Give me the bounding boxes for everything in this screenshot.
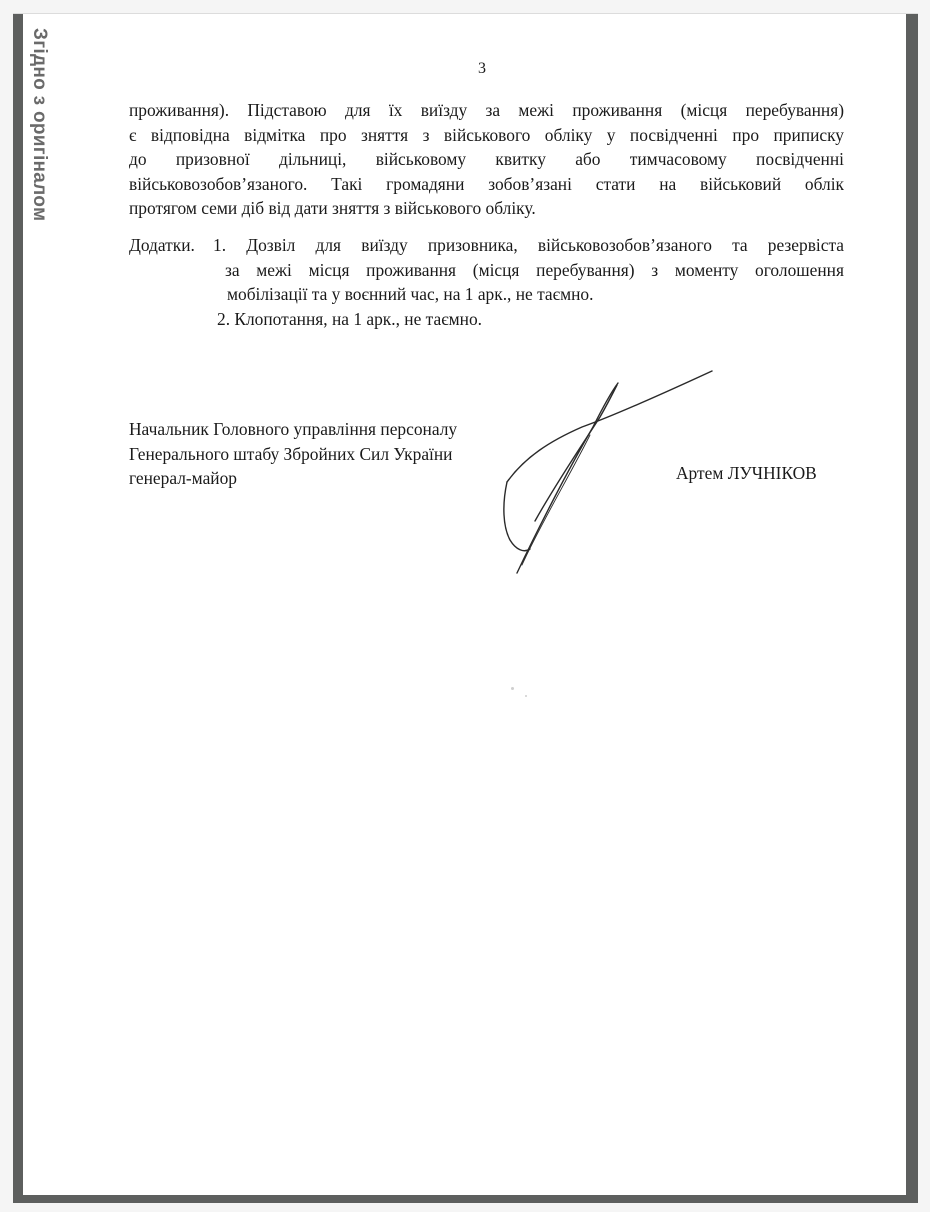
signatory-title-line: Начальник Головного управління персоналу <box>129 417 457 442</box>
page-border-left <box>13 14 23 1203</box>
body-paragraph: проживання). Підставою для їх виїзду за … <box>129 98 844 221</box>
scan-speck <box>511 687 514 690</box>
page-border-bottom <box>13 1195 918 1203</box>
paragraph-line: є відповідна відмітка про зняття з війсь… <box>129 123 844 148</box>
page-border-right <box>906 14 918 1203</box>
paragraph-line: до призовної дільниці, військовому квитк… <box>129 147 844 172</box>
certified-copy-stamp: Згідно з оригіналом <box>28 28 50 258</box>
signatory-title: Начальник Головного управління персоналу… <box>129 417 457 491</box>
signer-name: Артем ЛУЧНІКОВ <box>676 463 817 484</box>
attachments-label: Додатки. <box>129 233 195 258</box>
page-number: 3 <box>478 60 486 78</box>
scan-speck <box>525 695 527 697</box>
paragraph-line: протягом семи діб від дати зняття з війс… <box>129 196 844 221</box>
signatory-title-line: Генерального штабу Збройних Сил України <box>129 442 457 467</box>
attachment-item-1-continued: мобілізації та у воєнний час, на 1 арк.,… <box>227 282 593 307</box>
paragraph-line: військовозобов’язаного. Такі громадяни з… <box>129 172 844 197</box>
attachment-item-1-continued: за межі місця проживання (місця перебува… <box>225 258 844 283</box>
attachment-item-1: 1. Дозвіл для виїзду призовника, військо… <box>213 233 844 258</box>
attachments-list: Додатки. 1. Дозвіл для виїзду призовника… <box>129 233 844 331</box>
paragraph-line: проживання). Підставою для їх виїзду за … <box>129 98 844 123</box>
attachment-item-2: 2. Клопотання, на 1 арк., не таємно. <box>217 307 482 332</box>
signatory-rank: генерал-майор <box>129 466 457 491</box>
